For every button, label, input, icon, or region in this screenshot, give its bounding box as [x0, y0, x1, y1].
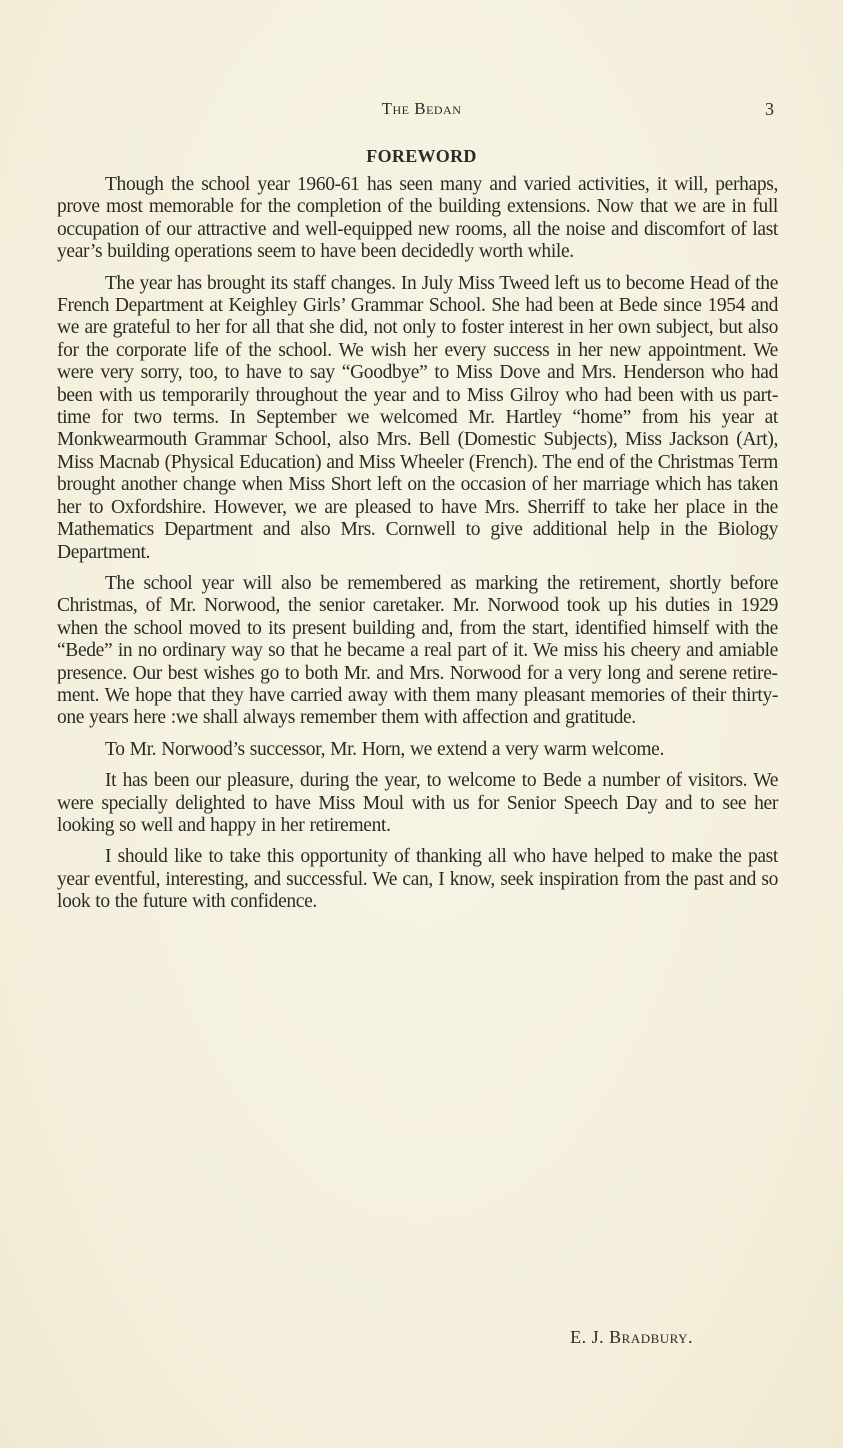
paragraph-intro: Though the school year 1960-61 has seen …	[57, 174, 778, 264]
signature: E. J. Bradbury.	[0, 1327, 693, 1348]
page: The Bedan 3 FOREWORD Though the school y…	[0, 0, 843, 1448]
article-body: Though the school year 1960-61 has seen …	[57, 174, 778, 923]
page-number: 3	[765, 99, 774, 120]
paragraph-retirement: The school year will also be remembered …	[57, 573, 778, 730]
running-title: The Bedan	[0, 99, 843, 119]
running-header: The Bedan 3	[0, 99, 843, 123]
paragraph-staff-changes: The year has brought its staff changes. …	[57, 273, 778, 564]
article-title: FOREWORD	[0, 146, 843, 167]
paragraph-thanks: I should like to take this opportunity o…	[57, 846, 778, 913]
paragraph-visitors: It has been our pleasure, during the yea…	[57, 770, 778, 837]
paragraph-successor: To Mr. Norwood’s successor, Mr. Horn, we…	[57, 739, 778, 761]
